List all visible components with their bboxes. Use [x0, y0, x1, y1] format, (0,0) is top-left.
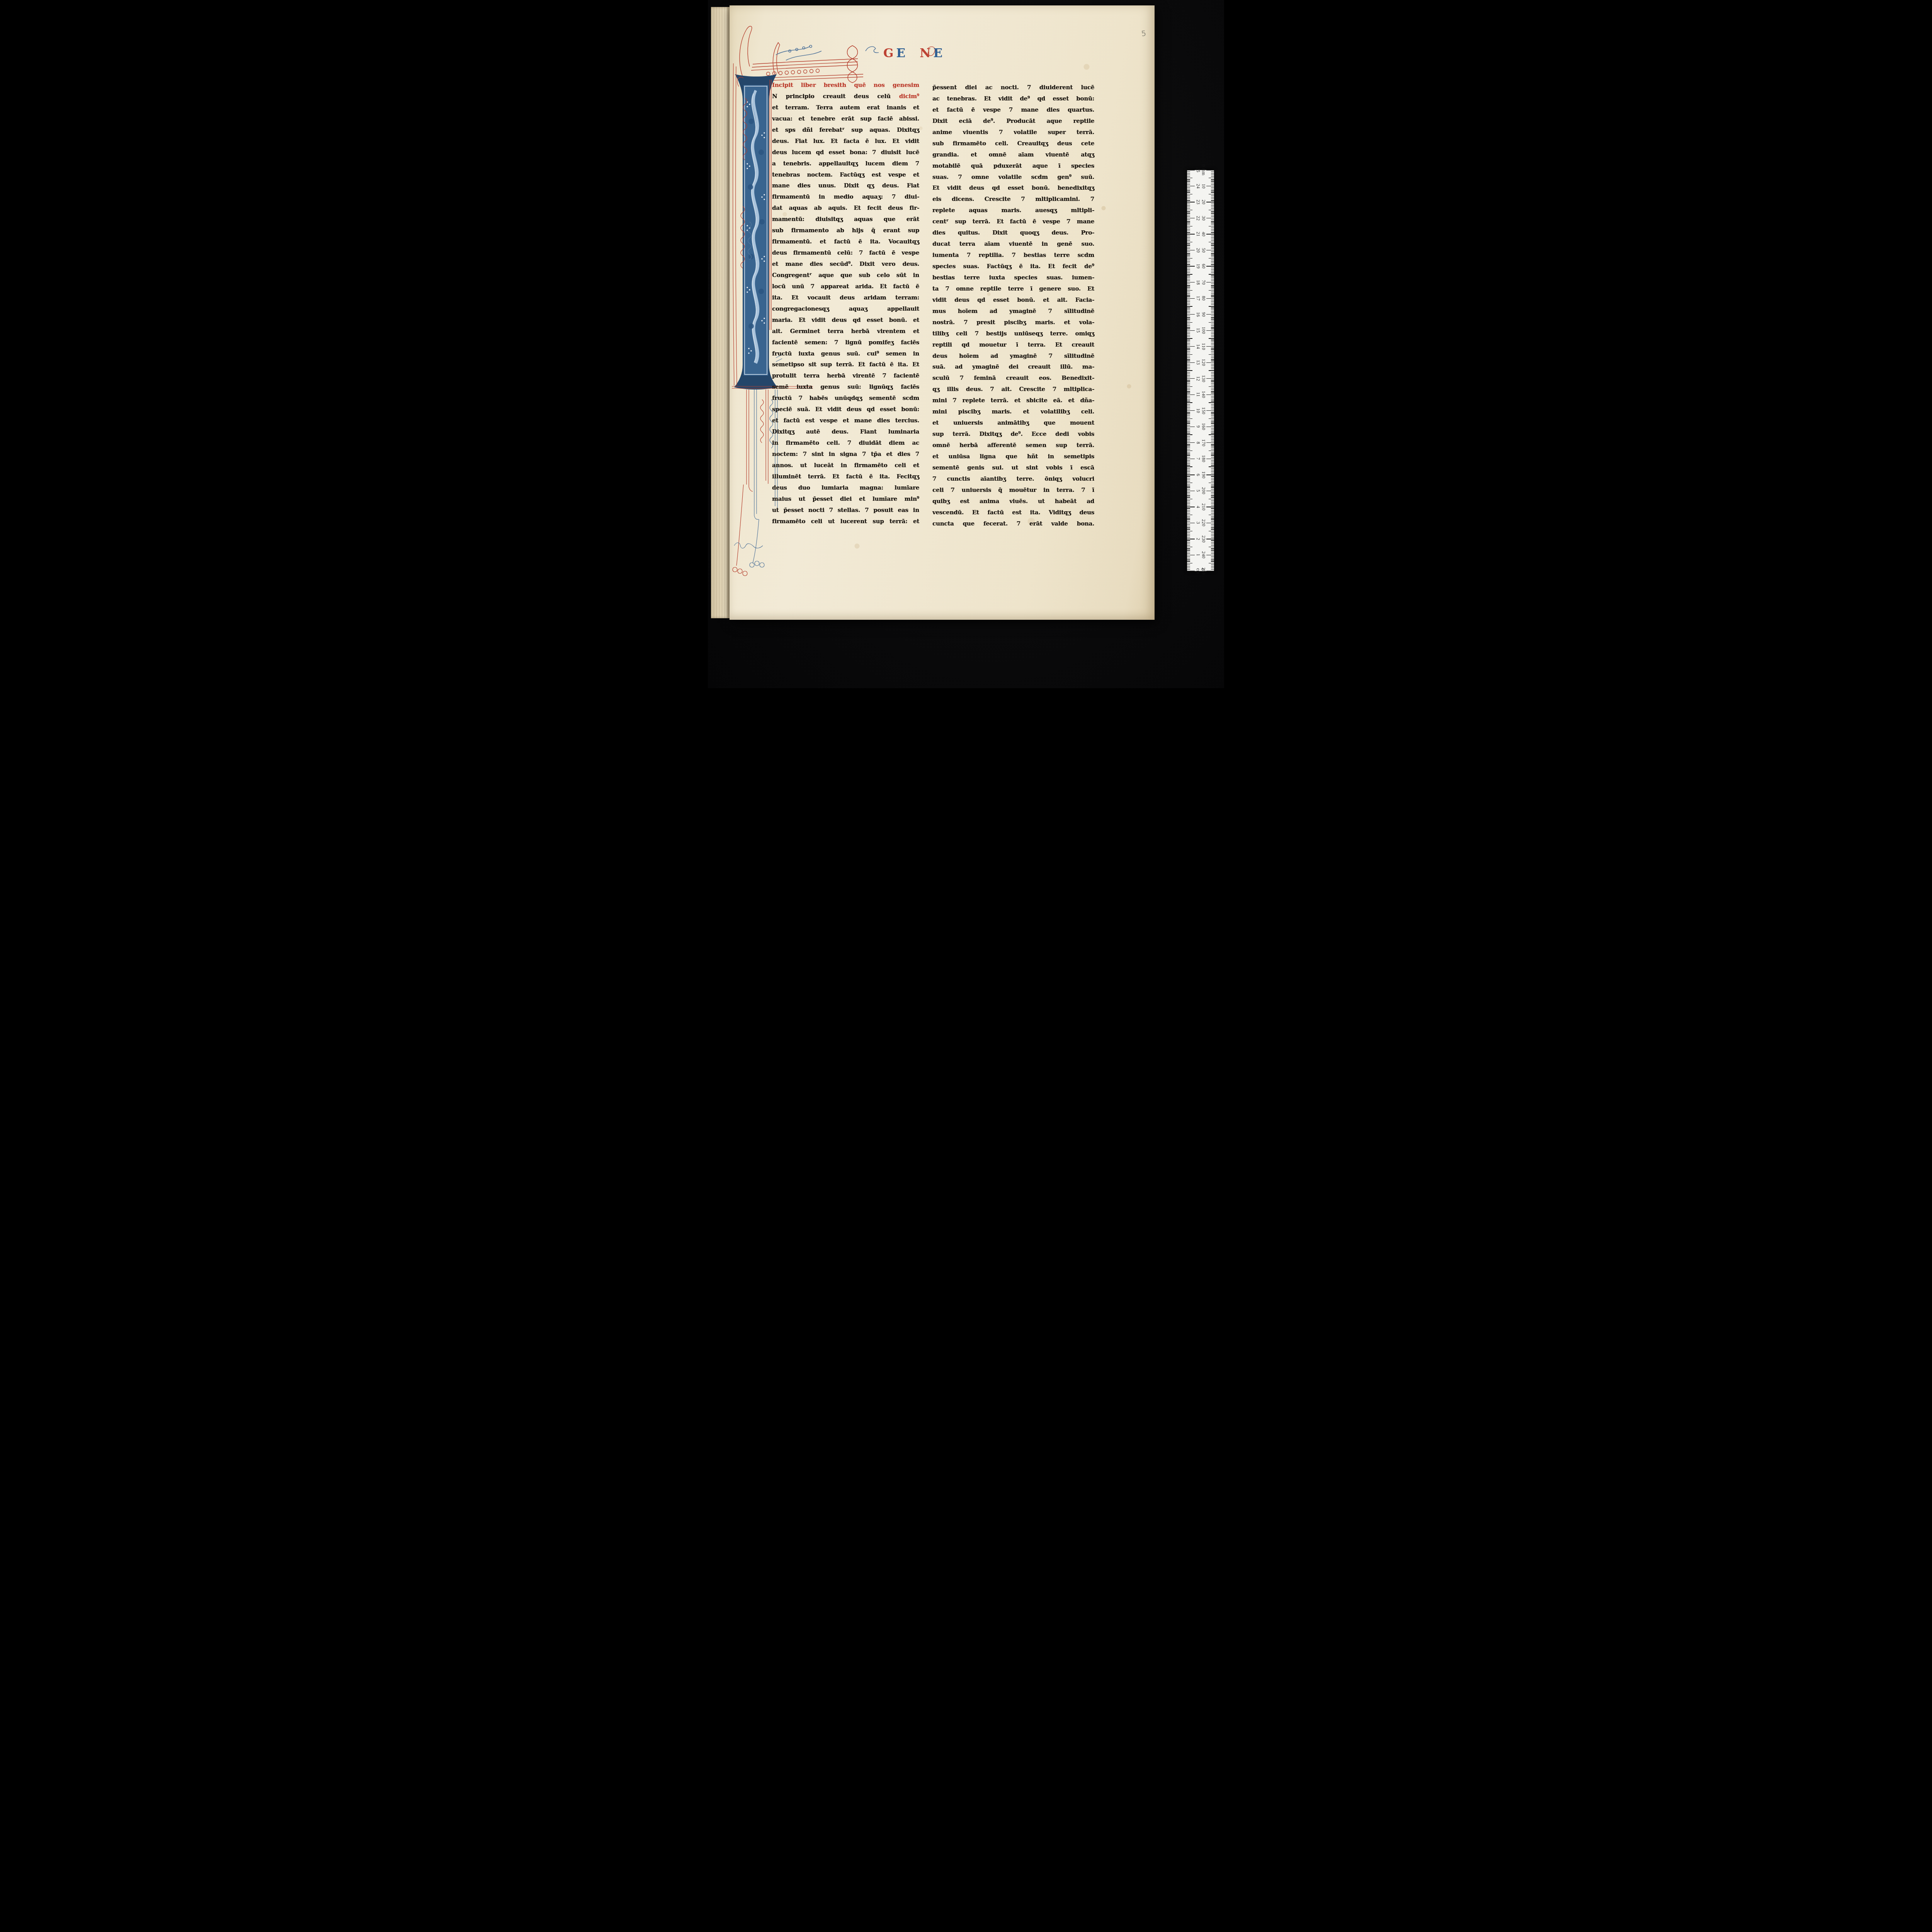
ruler-tick: [1187, 409, 1190, 409]
ruler-tick: [1187, 304, 1190, 305]
ruler-tick: [1187, 483, 1192, 483]
text-line: cuncta que fecerat. 7 erāt valde bona.: [932, 518, 1094, 529]
ruler-tick: [1187, 402, 1192, 403]
ruler-tick: [1187, 295, 1190, 295]
ruler-tick: [1211, 223, 1214, 223]
text-line: mamentū: diuisitqʒ aquas que erāt: [772, 214, 919, 225]
ruler-tick: [1209, 274, 1214, 274]
ruler-tick: [1211, 521, 1214, 522]
ruler-tick: [1187, 333, 1190, 334]
text-line: qʒ illis deus. 7 ait. Crescite 7 mltipli…: [932, 384, 1094, 395]
ruler-tick: [1211, 236, 1214, 236]
ruler-tick: [1187, 478, 1190, 478]
ruler-cm-label: 25: [1196, 168, 1200, 173]
ruler-tick: [1187, 282, 1195, 282]
ruler-tick: [1206, 362, 1214, 363]
ruler-tick: [1211, 289, 1214, 289]
text-line: illuminēt terrā. Et factū ē ita. Fecitqʒ: [772, 471, 919, 482]
ruler-tick: [1209, 434, 1214, 435]
ruler-tick: [1187, 547, 1192, 547]
ruler-tick: [1187, 561, 1190, 561]
ruler-tick: [1187, 190, 1190, 191]
ruler-tick: [1187, 388, 1190, 388]
ruler-tick: [1187, 444, 1190, 444]
ruler-tick: [1187, 240, 1190, 241]
ruler-tick: [1187, 521, 1190, 522]
ruler-tick: [1187, 192, 1190, 192]
ruler-tick: [1211, 404, 1214, 405]
ruler-tick: [1187, 396, 1190, 396]
ruler-tick: [1206, 218, 1214, 218]
ruler-tick: [1211, 441, 1214, 441]
ruler-tick: [1187, 264, 1190, 265]
ruler-tick: [1211, 487, 1214, 488]
ruler-tick: [1211, 248, 1214, 249]
ruler-tick: [1187, 276, 1190, 276]
ruler-tick: [1187, 370, 1192, 371]
ruler-tick: [1211, 471, 1214, 472]
ruler-tick: [1211, 192, 1214, 192]
ruler-tick: [1187, 272, 1190, 273]
ruler-tick: [1187, 258, 1192, 259]
text-line: replete aquas maris. auesqʒ mltipli-: [932, 205, 1094, 216]
ruler-tick: [1211, 446, 1214, 446]
ruler-tick: [1187, 215, 1190, 215]
ruler-tick: [1206, 442, 1214, 443]
ruler-tick: [1187, 505, 1190, 505]
ruler-tick: [1187, 345, 1190, 345]
ruler-tick: [1211, 510, 1214, 510]
ruler-mm-label: 190: [1201, 471, 1206, 479]
ruler-tick: [1187, 351, 1190, 352]
ruler-tick: [1187, 243, 1190, 244]
text-line: fructū iuxta genus suū. cui⁹ semen in: [772, 348, 919, 359]
ruler-tick: [1187, 393, 1190, 393]
ruler-tick: [1187, 494, 1190, 494]
ruler-tick: [1209, 322, 1214, 323]
ruler-tick: [1187, 248, 1190, 249]
ruler-tick: [1211, 190, 1214, 191]
text-line: suas. 7 omne volatile scdm gen⁹ suū.: [932, 172, 1094, 183]
ruler-cm-label: 17: [1196, 296, 1200, 301]
ruler-tick: [1211, 228, 1214, 228]
ruler-tick: [1211, 449, 1214, 449]
text-line: maria. Et vidit deus qd esset bonū. et: [772, 315, 919, 326]
ruler-tick: [1211, 550, 1214, 550]
ruler-tick: [1211, 271, 1214, 271]
ruler-tick: [1187, 216, 1190, 217]
text-line: ut p̄esset nocti 7 stellas. 7 posuit eas…: [772, 505, 919, 516]
ruler-tick: [1187, 277, 1190, 278]
ruler-tick: [1211, 247, 1214, 247]
ruler-tick: [1187, 271, 1190, 271]
ruler-mm-label: 120: [1201, 359, 1206, 366]
text-line: sup terrā. Dixitqʒ de⁹. Ecce dedi vobis: [932, 429, 1094, 440]
ruler-tick: [1211, 303, 1214, 303]
ruler-tick: [1187, 420, 1190, 420]
ruler-tick: [1211, 252, 1214, 252]
ruler-cm-label: 11: [1196, 392, 1200, 397]
ruler-tick: [1211, 208, 1214, 209]
ruler-cm-label: 21: [1196, 232, 1200, 237]
ruler-tick: [1211, 364, 1214, 364]
text-line: et uniūsa ligna que hñt in semetipis: [932, 451, 1094, 462]
ruler-tick: [1187, 319, 1190, 319]
ruler-tick: [1187, 263, 1190, 263]
ruler-tick: [1187, 228, 1190, 228]
ruler-tick: [1211, 327, 1214, 327]
ruler-tick: [1211, 478, 1214, 478]
ruler-tick: [1209, 515, 1214, 515]
ruler-tick: [1209, 563, 1214, 563]
ruler-tick: [1211, 181, 1214, 181]
ruler-tick: [1187, 314, 1195, 315]
ruler-tick: [1187, 196, 1190, 196]
text-line: tilibʒ celi 7 bestijs uniūseqʒ terre. om…: [932, 328, 1094, 339]
ruler-tick: [1211, 396, 1214, 396]
running-header-letter: N: [920, 46, 933, 60]
ruler-tick: [1211, 399, 1214, 400]
ruler-tick: [1211, 189, 1214, 189]
ruler-tick: [1187, 197, 1190, 197]
ruler-tick: [1187, 413, 1190, 414]
ruler-tick: [1211, 566, 1214, 566]
ruler-tick: [1211, 276, 1214, 276]
running-header-letter: G: [883, 46, 896, 60]
ruler-tick: [1206, 202, 1214, 202]
ruler-tick: [1187, 513, 1190, 514]
ruler-tick: [1187, 356, 1190, 356]
ruler-tick: [1211, 219, 1214, 220]
ruler-tick: [1187, 406, 1190, 406]
ruler-tick: [1211, 277, 1214, 278]
ruler-tick: [1187, 298, 1195, 299]
ruler-tick: [1211, 529, 1214, 529]
ruler-tick: [1211, 199, 1214, 199]
text-line: deus. Fiat lux. Et facta ē lux. Et vidit: [772, 136, 919, 147]
text-line: species suas. Factūqʒ ē ita. Et fecit de…: [932, 261, 1094, 272]
ruler-tick: [1187, 459, 1195, 459]
ruler-tick: [1211, 367, 1214, 367]
ruler-tick: [1187, 468, 1190, 469]
ruler-tick: [1187, 553, 1190, 554]
ruler-tick: [1187, 529, 1190, 529]
ruler-tick: [1187, 503, 1190, 504]
ruler-tick: [1209, 306, 1214, 306]
ruler-cm-label: 13: [1196, 360, 1200, 365]
text-line: congregacionesqʒ aquaʒ appellauit: [772, 303, 919, 315]
ruler-tick: [1187, 325, 1190, 326]
ruler-tick: [1211, 261, 1214, 262]
ruler-tick: [1211, 304, 1214, 305]
text-line: ait. Germinet terra herbā virentem et: [772, 326, 919, 337]
ruler-tick: [1187, 372, 1190, 372]
ruler-tick: [1211, 468, 1214, 469]
text-column-1: Incipit liber bresith quē nos genesimN p…: [772, 80, 919, 527]
ruler-mm-label: 220: [1201, 519, 1206, 527]
ruler-tick: [1187, 274, 1192, 274]
ruler-tick: [1211, 425, 1214, 425]
text-line: protulit terra herbā virentē 7 facientē: [772, 370, 919, 381]
ruler-tick: [1209, 210, 1214, 210]
ruler-tick: [1206, 459, 1214, 459]
ruler-tick: [1187, 178, 1192, 178]
ruler-tick: [1211, 508, 1214, 509]
ruler-tick: [1211, 380, 1214, 380]
ruler-tick: [1187, 552, 1190, 552]
ruler-tick: [1187, 348, 1190, 348]
ruler-tick: [1211, 457, 1214, 457]
ruler-tick: [1187, 207, 1190, 207]
ruler-tick: [1211, 540, 1214, 541]
ruler-tick: [1187, 471, 1190, 472]
ruler-tick: [1187, 417, 1190, 417]
ruler-tick: [1187, 423, 1190, 423]
ruler-tick: [1206, 250, 1214, 250]
ruler-tick: [1187, 292, 1190, 292]
ruler-tick: [1211, 197, 1214, 197]
ruler-tick: [1211, 173, 1214, 173]
ruler-tick: [1187, 537, 1190, 537]
ruler-tick: [1187, 327, 1190, 327]
ruler-tick: [1209, 354, 1214, 355]
ruler-tick: [1187, 250, 1195, 250]
ruler-cm-label: 9: [1196, 425, 1200, 428]
ruler-tick: [1187, 328, 1190, 329]
ruler-tick: [1211, 436, 1214, 437]
text-line: deus hoīem ad ymaginē 7 sīlitudinē: [932, 350, 1094, 362]
ruler-tick: [1187, 378, 1195, 379]
ruler-tick: [1211, 205, 1214, 206]
ruler-tick: [1187, 460, 1190, 461]
ruler-tick: [1187, 369, 1190, 369]
ruler-tick: [1206, 395, 1214, 395]
ruler-cm-label: 16: [1196, 312, 1200, 317]
ruler-tick: [1187, 449, 1190, 449]
ruler-tick: [1187, 310, 1190, 310]
ruler-tick: [1211, 229, 1214, 230]
ruler-tick: [1187, 316, 1190, 316]
ruler-tick: [1211, 175, 1214, 175]
ruler-tick: [1187, 558, 1190, 558]
ruler-tick: [1209, 290, 1214, 291]
ruler-tick: [1211, 269, 1214, 270]
ruler-tick: [1211, 332, 1214, 332]
running-header-letter: E: [933, 46, 945, 60]
ruler-tick: [1187, 346, 1195, 347]
ruler-tick: [1209, 547, 1214, 547]
ruler-tick: [1211, 221, 1214, 221]
ruler-tick: [1209, 226, 1214, 226]
ruler-tick: [1187, 335, 1190, 335]
ruler-tick: [1187, 202, 1195, 202]
ruler-tick: [1187, 364, 1190, 364]
ruler-tick: [1211, 255, 1214, 255]
text-line: Incipit liber bresith quē nos genesim: [772, 80, 919, 91]
ruler-tick: [1206, 234, 1214, 234]
ruler-tick: [1209, 531, 1214, 531]
ruler-tick: [1206, 266, 1214, 266]
ruler-cm-label: 5: [1196, 490, 1200, 492]
ruler-tick: [1211, 317, 1214, 318]
ruler-tick: [1211, 253, 1214, 253]
ruler-tick: [1187, 332, 1190, 332]
ruler-cm-label: 24: [1196, 184, 1200, 189]
ruler-tick: [1187, 189, 1190, 189]
ruler-tick: [1211, 293, 1214, 294]
ruler-tick: [1187, 398, 1190, 398]
ruler-mm-label: 70: [1201, 280, 1206, 285]
ruler-tick: [1187, 438, 1190, 438]
ruler-tick: [1187, 545, 1190, 546]
photo-backdrop: GENE 5 Incipit liber bresith quē nos gen…: [708, 0, 1224, 688]
ruler-tick: [1211, 516, 1214, 517]
ruler-tick: [1187, 223, 1190, 223]
ruler-tick: [1211, 179, 1214, 180]
text-line: quibʒ est anima viuēs. ut habeāt ad: [932, 496, 1094, 507]
ruler-tick: [1187, 542, 1190, 543]
ruler-tick: [1211, 357, 1214, 358]
ruler-tick: [1187, 550, 1190, 550]
text-line: dies quitus. Dixit quoqʒ deus. Pro-: [932, 227, 1094, 238]
ruler-tick: [1187, 338, 1192, 338]
ruler-tick: [1211, 565, 1214, 565]
ruler-tick: [1211, 200, 1214, 201]
ruler-tick: [1211, 381, 1214, 382]
ruler-tick: [1187, 527, 1190, 528]
ruler-tick: [1211, 321, 1214, 321]
ruler-tick: [1187, 399, 1190, 400]
text-line: locū unū 7 appareat arida. Et factū ē: [772, 281, 919, 292]
text-line: N principio creauit deus celū dicim⁹: [772, 91, 919, 102]
ruler-cm-label: 20: [1196, 248, 1200, 253]
ruler-tick: [1211, 462, 1214, 462]
ruler-tick: [1206, 282, 1214, 282]
ruler-tick: [1211, 412, 1214, 412]
text-line: et mane dies secūd⁹. Dixit vero deus.: [772, 259, 919, 270]
text-line: speciē suā. Et vidit deus qd esset bonū:: [772, 404, 919, 415]
ruler-tick: [1211, 353, 1214, 353]
text-line: sub firmamēto celi. Creauitqʒ deus cete: [932, 138, 1094, 149]
ruler-tick: [1187, 536, 1190, 536]
ruler-tick: [1187, 200, 1190, 201]
ruler-tick: [1211, 476, 1214, 476]
ruler-tick: [1211, 454, 1214, 454]
ruler-tick: [1187, 375, 1190, 376]
ruler-cm-label: 22: [1196, 216, 1200, 221]
ruler-tick: [1211, 342, 1214, 342]
ruler-tick: [1187, 330, 1195, 331]
text-line: deus lucem qd esset bona: 7 diuisit lucē: [772, 147, 919, 158]
ruler-tick: [1187, 519, 1190, 520]
ruler-tick: [1211, 452, 1214, 452]
ruler-tick: [1211, 495, 1214, 496]
ruler-tick: [1187, 555, 1195, 555]
ruler-tick: [1187, 425, 1190, 425]
text-line: Dixitqʒ autē deus. Fiant luminaria: [772, 426, 919, 437]
illuminated-initial-i: [734, 74, 777, 389]
folio-number: 5: [1141, 29, 1147, 38]
ruler-tick: [1211, 184, 1214, 185]
running-header: GENE: [883, 46, 945, 60]
ruler-tick: [1187, 407, 1190, 408]
text-line: ac tenebras. Et vidit de⁹ qd esset bonū:: [932, 93, 1094, 104]
ruler-tick: [1187, 516, 1190, 517]
ruler-tick: [1206, 410, 1214, 411]
ruler-tick: [1211, 527, 1214, 528]
ruler-tick: [1211, 568, 1214, 568]
ruler-tick: [1187, 401, 1190, 401]
ruler-tick: [1211, 420, 1214, 420]
ruler-tick: [1187, 284, 1190, 284]
ruler-tick: [1187, 183, 1190, 183]
ruler-tick: [1187, 457, 1190, 457]
ruler-tick: [1211, 211, 1214, 212]
ruler-tick: [1187, 556, 1190, 557]
ruler-tick: [1211, 552, 1214, 552]
ruler-mm-label: 210: [1201, 503, 1206, 511]
ruler-tick: [1187, 234, 1195, 234]
ruler-tick: [1211, 279, 1214, 279]
ruler-tick: [1187, 194, 1192, 194]
ruler-tick: [1206, 346, 1214, 347]
ruler-tick: [1187, 383, 1190, 384]
text-line: reptili qd mouetur ī terra. Et creauit: [932, 339, 1094, 350]
ruler-tick: [1187, 532, 1190, 533]
ruler-tick: [1211, 480, 1214, 480]
ruler-mm-label: 160: [1201, 423, 1206, 430]
ruler-tick: [1206, 378, 1214, 379]
ruler-tick: [1211, 215, 1214, 215]
ruler-tick: [1187, 544, 1190, 544]
ruler-tick: [1187, 492, 1190, 493]
ruler-tick: [1206, 474, 1214, 475]
text-line: a tenebris. appellauitqʒ lucem diem 7: [772, 158, 919, 169]
ruler-tick: [1211, 465, 1214, 465]
text-line: centʳ sup terrā. Et factū ē vespe 7 mane: [932, 216, 1094, 227]
ruler-scale: 0 mm102030405060708090100110120130140150…: [1187, 170, 1214, 571]
ruler-tick: [1211, 558, 1214, 558]
ruler-tick: [1206, 555, 1214, 555]
ruler-tick: [1187, 446, 1190, 446]
ruler-tick: [1211, 240, 1214, 241]
ruler-tick: [1206, 186, 1214, 186]
ruler-tick: [1211, 257, 1214, 257]
ruler-tick: [1211, 296, 1214, 297]
ruler-tick: [1211, 463, 1214, 464]
ruler-tick: [1187, 563, 1192, 563]
text-line: facientē semen: 7 lignū pomifeʒ faciēs: [772, 337, 919, 348]
ruler-tick: [1211, 388, 1214, 388]
ruler-tick: [1187, 281, 1190, 281]
ruler-tick: [1187, 221, 1190, 221]
text-line: firmamentū in medio aquaʒ: 7 diui-: [772, 191, 919, 202]
ruler-tick: [1211, 548, 1214, 549]
ruler-tick: [1211, 232, 1214, 233]
ruler-tick: [1187, 470, 1190, 470]
text-line: firmamēto celi ut lucerent sup terrā: et: [772, 516, 919, 527]
ruler-tick: [1187, 447, 1190, 448]
ruler-tick: [1211, 375, 1214, 376]
ruler-tick: [1187, 219, 1190, 220]
ruler-tick: [1211, 489, 1214, 490]
ruler-tick: [1187, 539, 1195, 539]
ruler-tick: [1187, 486, 1190, 486]
ruler-tick: [1187, 172, 1190, 172]
ruler-tick: [1187, 381, 1190, 382]
ruler-tick: [1187, 269, 1190, 270]
ruler-cm-label: 12: [1196, 376, 1200, 381]
